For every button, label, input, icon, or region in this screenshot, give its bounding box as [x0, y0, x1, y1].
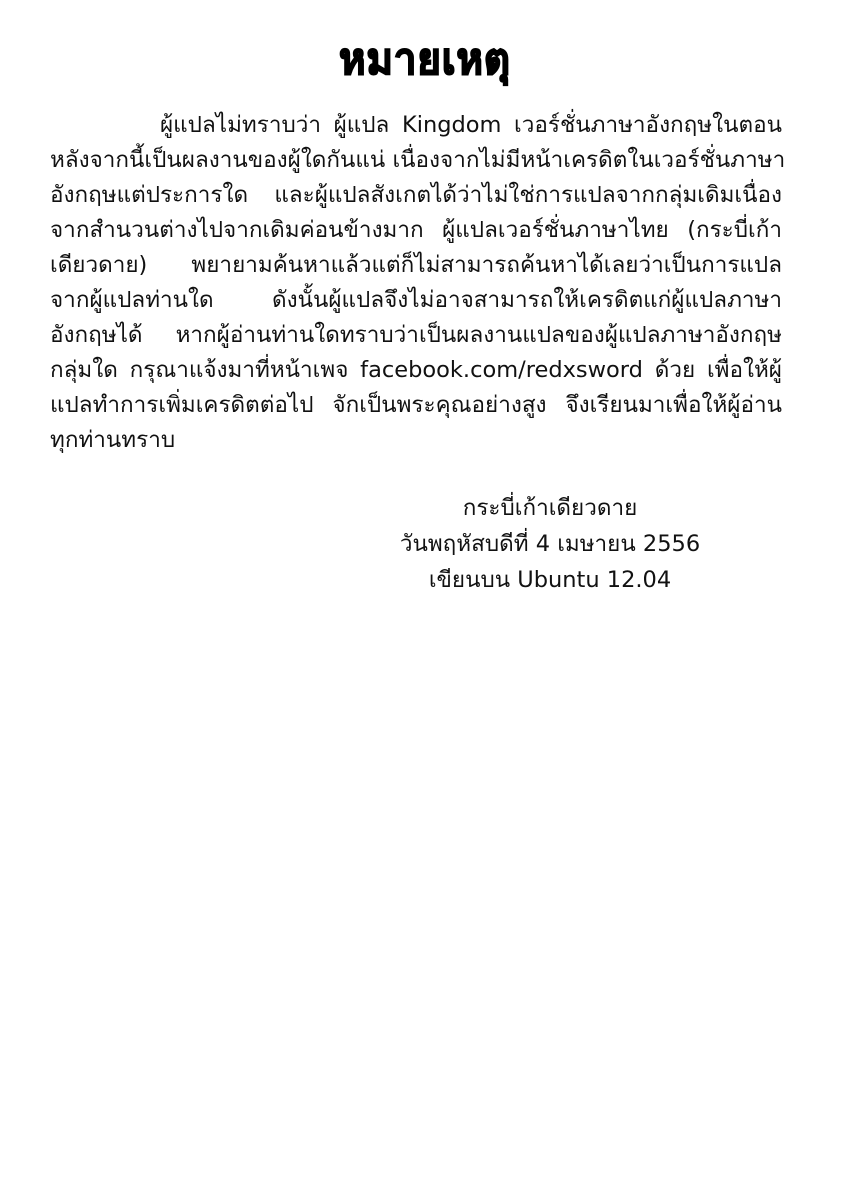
paragraph-line: จากผู้แปลท่านใด ดังนั้นผู้แปลจึงไม่อาจสา… — [50, 283, 782, 318]
signature-written-on: เขียนบน Ubuntu 12.04 — [380, 562, 720, 598]
signature-author: กระบี่เก้าเดียวดาย — [380, 490, 720, 526]
signature-block: กระบี่เก้าเดียวดาย วันพฤหัสบดีที่ 4 เมษา… — [380, 490, 720, 598]
paragraph-line: อังกฤษได้ หากผู้อ่านท่านใดทราบว่าเป็นผลง… — [50, 318, 782, 353]
paragraph-line: กลุ่มใด กรุณาแจ้งมาที่หน้าเพจ facebook.c… — [50, 353, 782, 388]
paragraph-line: ทุกท่านทราบ — [50, 423, 782, 458]
page-title: หมายเหตุ — [0, 33, 850, 88]
paragraph-line: อังกฤษแต่ประการใด และผู้แปลสังเกตได้ว่าไ… — [50, 178, 782, 213]
paragraph-line: หลังจากนี้เป็นผลงานของผู้ใดกันแน่ เนื่อง… — [50, 143, 782, 178]
note-paragraph: ผู้แปลไม่ทราบว่า ผู้แปล Kingdom เวอร์ชั่… — [50, 108, 782, 458]
paragraph-line: ผู้แปลไม่ทราบว่า ผู้แปล Kingdom เวอร์ชั่… — [50, 108, 782, 143]
signature-date: วันพฤหัสบดีที่ 4 เมษายน 2556 — [380, 526, 720, 562]
document-page: หมายเหตุ ผู้แปลไม่ทราบว่า ผู้แปล Kingdom… — [0, 0, 850, 1200]
paragraph-line: เดียวดาย) พยายามค้นหาแล้วแต่ก็ไม่สามารถค… — [50, 248, 782, 283]
paragraph-line: แปลทำการเพิ่มเครดิตต่อไป จักเป็นพระคุณอย… — [50, 388, 782, 423]
paragraph-line: จากสำนวนต่างไปจากเดิมค่อนข้างมาก ผู้แปลเ… — [50, 213, 782, 248]
